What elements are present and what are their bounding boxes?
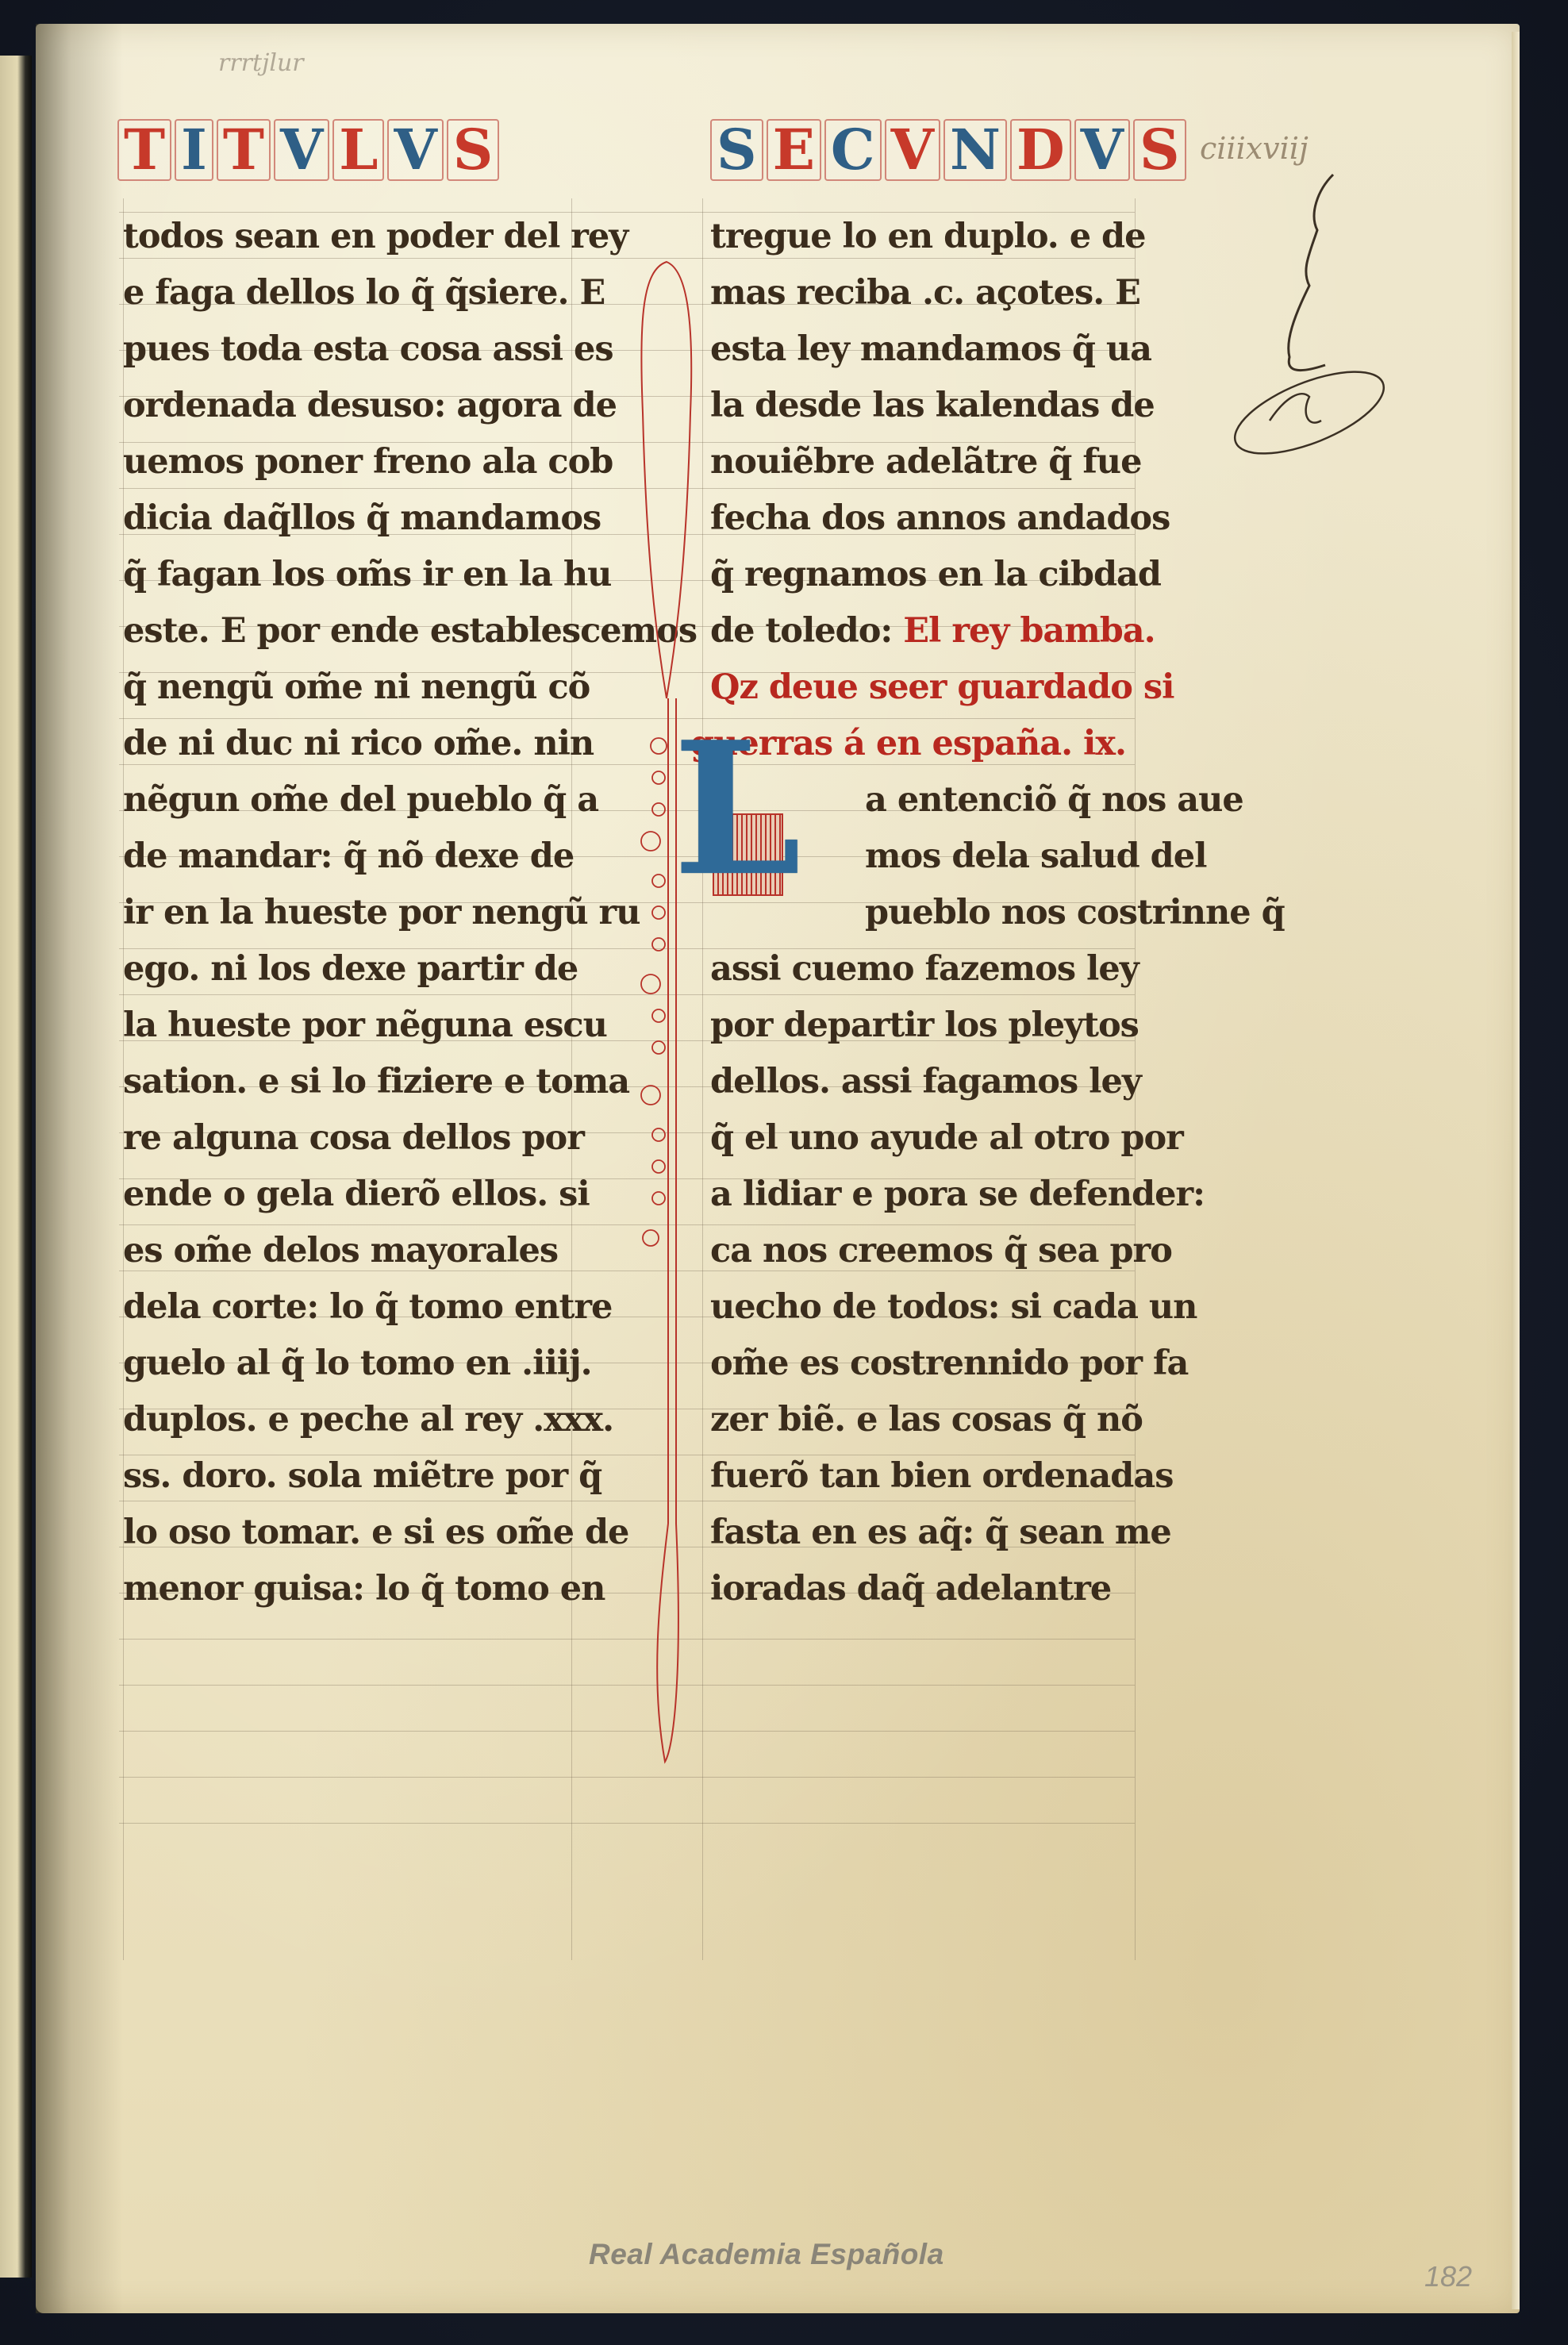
- text-line: este. E por ende establescemos: [123, 614, 697, 648]
- heading-capital-letter: S: [447, 119, 500, 181]
- text-line: mas reciba .c. açotes. E: [710, 276, 1140, 310]
- text-line: tregue lo en duplo. e de: [710, 220, 1145, 254]
- text-line: sation. e si lo fiziere e toma: [123, 1065, 629, 1099]
- heading-capital-letter: S: [1133, 119, 1186, 181]
- line-text: ca nos creemos q̃ sea pro: [710, 1231, 1172, 1271]
- text-line: re alguna cosa dellos por: [123, 1121, 584, 1155]
- text-line: esta ley mandamos q̃ ua: [710, 333, 1151, 367]
- heading-capital-letter: T: [117, 119, 171, 181]
- text-line: de mandar: q̃ nõ dexe de: [123, 840, 574, 874]
- text-line: dela corte: lo q̃ tomo entre: [123, 1290, 612, 1324]
- text-line: fecha dos annos andados: [710, 502, 1170, 536]
- line-text: mos dela salud del: [865, 836, 1206, 876]
- text-line: ego. ni los dexe partir de: [123, 952, 578, 986]
- heading-capital-letter: I: [175, 119, 213, 181]
- institution-watermark: Real Academia Española: [589, 2238, 944, 2271]
- text-line: ir en la hueste por nengũ ru: [123, 896, 640, 930]
- text-line: es om̃e delos mayorales: [123, 1234, 558, 1268]
- text-line: ioradas daq̃ adelantre: [710, 1572, 1111, 1606]
- line-text: nouiẽbre adelãtre q̃ fue: [710, 442, 1141, 482]
- heading-capital-letter: E: [767, 119, 821, 181]
- text-line: dicia daq̃llos q̃ mandamos: [123, 502, 601, 536]
- text-line: fuerõ tan bien ordenadas: [710, 1459, 1173, 1493]
- text-line: mos dela salud del: [865, 840, 1206, 874]
- folio-number: 182: [1424, 2260, 1472, 2293]
- line-text: fuerõ tan bien ordenadas: [710, 1456, 1173, 1496]
- heading-capital-letter: V: [1074, 119, 1130, 181]
- line-text: tregue lo en duplo. e de: [710, 217, 1145, 256]
- line-text: por departir los pleytos: [710, 1005, 1139, 1045]
- text-line: nẽgun om̃e del pueblo q̃ a: [123, 783, 598, 817]
- text-line: por departir los pleytos: [710, 1009, 1139, 1043]
- line-text: dellos. assi fagamos ley: [710, 1062, 1141, 1101]
- line-text: pueblo nos costrinne q̃: [865, 893, 1285, 932]
- text-line: uemos poner freno ala cob: [123, 445, 613, 479]
- gutter-shadow: [36, 24, 123, 2313]
- text-line: zer biẽ. e las cosas q̃ nõ: [710, 1403, 1143, 1437]
- initial-letter: L: [673, 718, 801, 901]
- text-line: ca nos creemos q̃ sea pro: [710, 1234, 1172, 1268]
- line-text: de toledo:: [710, 611, 892, 651]
- text-line: a entenciõ q̃ nos aue: [865, 783, 1243, 817]
- text-line: la desde las kalendas de: [710, 389, 1155, 423]
- page-edge: [1512, 32, 1520, 2309]
- text-line: todos sean en poder del rey: [123, 220, 628, 254]
- text-line: a lidiar e pora se defender:: [710, 1178, 1205, 1212]
- text-line: duplos. e peche al rey .xxx.: [123, 1403, 613, 1437]
- text-line: nouiẽbre adelãtre q̃ fue: [710, 445, 1141, 479]
- text-line: ordenada desuso: agora de: [123, 389, 617, 423]
- line-text: uecho de todos: si cada un: [710, 1287, 1197, 1327]
- text-line: la hueste por nẽguna escu: [123, 1009, 607, 1043]
- ruling-line: [119, 1823, 1135, 1824]
- line-text: la desde las kalendas de: [710, 386, 1155, 425]
- text-line: q̃ regnamos en la cibdad: [710, 558, 1161, 592]
- line-text: q̃ regnamos en la cibdad: [710, 555, 1161, 594]
- line-text: fecha dos annos andados: [710, 498, 1170, 538]
- initial-flourish-icon: [619, 254, 714, 1778]
- text-line: ss. doro. sola miẽtre por q̃: [123, 1459, 601, 1493]
- ruling-line: [119, 212, 1135, 213]
- text-line: om̃e es costrennido por fa: [710, 1347, 1188, 1381]
- line-text: assi cuemo fazemos ley: [710, 949, 1139, 989]
- marginal-note-top-left: rrrtjlur: [218, 49, 304, 77]
- line-text: esta ley mandamos q̃ ua: [710, 329, 1151, 369]
- text-line: lo oso tomar. e si es om̃e de: [123, 1516, 628, 1550]
- text-line: uecho de todos: si cada un: [710, 1290, 1197, 1324]
- line-text: a lidiar e pora se defender:: [710, 1174, 1205, 1214]
- heading-capital-letter: L: [332, 119, 384, 181]
- rubric-inline: El rey bamba.: [903, 611, 1155, 651]
- text-line: pues toda esta cosa assi es: [123, 333, 613, 367]
- heading-capital-letter: S: [710, 119, 763, 181]
- text-line: e faga dellos lo q̃ q̃siere. E: [123, 276, 605, 310]
- line-text: a entenciõ q̃ nos aue: [865, 780, 1243, 820]
- pen-flourish-icon: [1214, 159, 1397, 460]
- heading-secundus: SECVNDVS: [710, 119, 1186, 181]
- heading-capital-letter: D: [1010, 119, 1071, 181]
- text-line: guelo al q̃ lo tomo en .iiij.: [123, 1347, 592, 1381]
- heading-capital-letter: V: [274, 119, 329, 181]
- line-text: fasta en es aq̃: q̃ sean me: [710, 1513, 1171, 1552]
- heading-capital-letter: V: [885, 119, 940, 181]
- decorated-initial: L: [673, 718, 863, 909]
- text-line: dellos. assi fagamos ley: [710, 1065, 1141, 1099]
- previous-leaf-edge: [0, 56, 32, 2278]
- text-line: pueblo nos costrinne q̃: [865, 896, 1285, 930]
- heading-capital-letter: V: [387, 119, 443, 181]
- heading-capital-letter: C: [824, 119, 882, 181]
- text-line: ende o gela dierõ ellos. si: [123, 1178, 590, 1212]
- text-line: de toledo:El rey bamba.: [710, 614, 1155, 648]
- heading-titulus: TITVLVS: [117, 119, 499, 181]
- line-text: om̃e es costrennido por fa: [710, 1344, 1188, 1383]
- line-text: zer biẽ. e las cosas q̃ nõ: [710, 1400, 1143, 1440]
- text-line: menor guisa: lo q̃ tomo en: [123, 1572, 605, 1606]
- text-line: fasta en es aq̃: q̃ sean me: [710, 1516, 1171, 1550]
- line-text: Qz deue seer guardado si: [710, 667, 1174, 707]
- heading-capital-letter: T: [217, 119, 271, 181]
- text-line: q̃ nengũ om̃e ni nengũ cõ: [123, 671, 590, 705]
- text-line: q̃ fagan los om̃s ir en la hu: [123, 558, 611, 592]
- text-line: q̃ el uno ayude al otro por: [710, 1121, 1183, 1155]
- text-line: assi cuemo fazemos ley: [710, 952, 1139, 986]
- line-text: ioradas daq̃ adelantre: [710, 1569, 1111, 1609]
- line-text: mas reciba .c. açotes. E: [710, 273, 1140, 313]
- heading-capital-letter: N: [943, 119, 1007, 181]
- line-text: q̃ el uno ayude al otro por: [710, 1118, 1183, 1158]
- text-line: de ni duc ni rico om̃e. nin: [123, 727, 594, 761]
- rubric-line: Qz deue seer guardado si: [710, 671, 1174, 705]
